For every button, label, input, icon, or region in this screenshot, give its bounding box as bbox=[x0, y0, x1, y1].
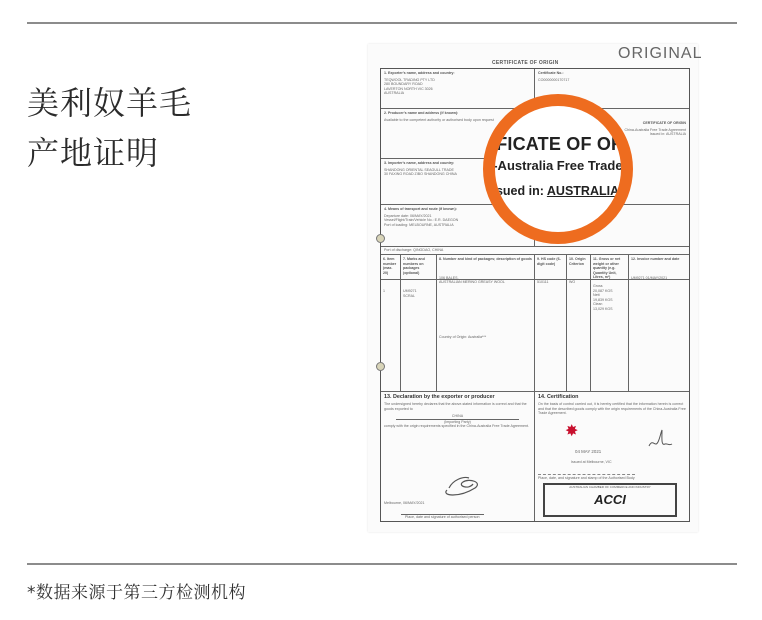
magnified-agreement: a-Australia Free Trade Ag bbox=[486, 158, 633, 173]
col-invoice: 12. Invoice number and date UM9271 01/MA… bbox=[629, 255, 689, 391]
exporter-box: 1. Exporter's name, address and country:… bbox=[381, 69, 535, 109]
authority-signature bbox=[647, 428, 673, 450]
col-description: 8. Number and kind of packages; descript… bbox=[437, 255, 535, 391]
source-footnote: *数据来源于第三方检测机构 bbox=[27, 578, 246, 603]
col-weight: 11. Gross or net weight or other quantit… bbox=[591, 255, 629, 391]
acci-stamp: AUSTRALIAN CHAMBER OF COMMERCE AND INDUS… bbox=[543, 483, 677, 517]
col-marks: 7. Marks and numbers on packages (option… bbox=[401, 255, 437, 391]
magnified-issued-in: ssued in: AUSTRALIA bbox=[489, 184, 619, 198]
punch-hole bbox=[376, 234, 385, 243]
col-hs-code: 9. HS code (6-digit code) 510111 bbox=[535, 255, 567, 391]
punch-hole bbox=[376, 362, 385, 371]
col-origin-criterion: 10. Origin Criterion WO bbox=[567, 255, 591, 391]
col-item-number: 6. Item number (max. 20) 1 bbox=[381, 255, 401, 391]
bottom-divider bbox=[27, 563, 737, 565]
certification-box: 14. Certification On the basis of contro… bbox=[535, 392, 689, 521]
magnified-title: IFICATE OF ORIGI bbox=[491, 134, 633, 155]
australia-star-icon: ✸ bbox=[565, 424, 578, 440]
acci-logo: ACCI bbox=[545, 492, 675, 507]
title-line-1: 美利奴羊毛 bbox=[27, 78, 192, 128]
top-divider bbox=[27, 22, 737, 24]
certificate-heading: CERTIFICATE OF ORIGIN bbox=[492, 61, 558, 66]
title-line-2: 产地证明 bbox=[27, 128, 192, 178]
magnifier-highlight: IFICATE OF ORIGI a-Australia Free Trade … bbox=[483, 94, 633, 244]
declaration-box: 13. Declaration by the exporter or produ… bbox=[381, 392, 535, 521]
goods-header-divider bbox=[381, 279, 689, 280]
page-title: 美利奴羊毛 产地证明 bbox=[27, 78, 192, 178]
original-stamp: ORIGINAL bbox=[618, 52, 702, 57]
magnified-country: AUSTRALIA bbox=[547, 184, 619, 198]
exporter-signature bbox=[439, 474, 483, 498]
port-of-discharge: Port of discharge: QINGDAO, CHINA bbox=[381, 247, 689, 255]
